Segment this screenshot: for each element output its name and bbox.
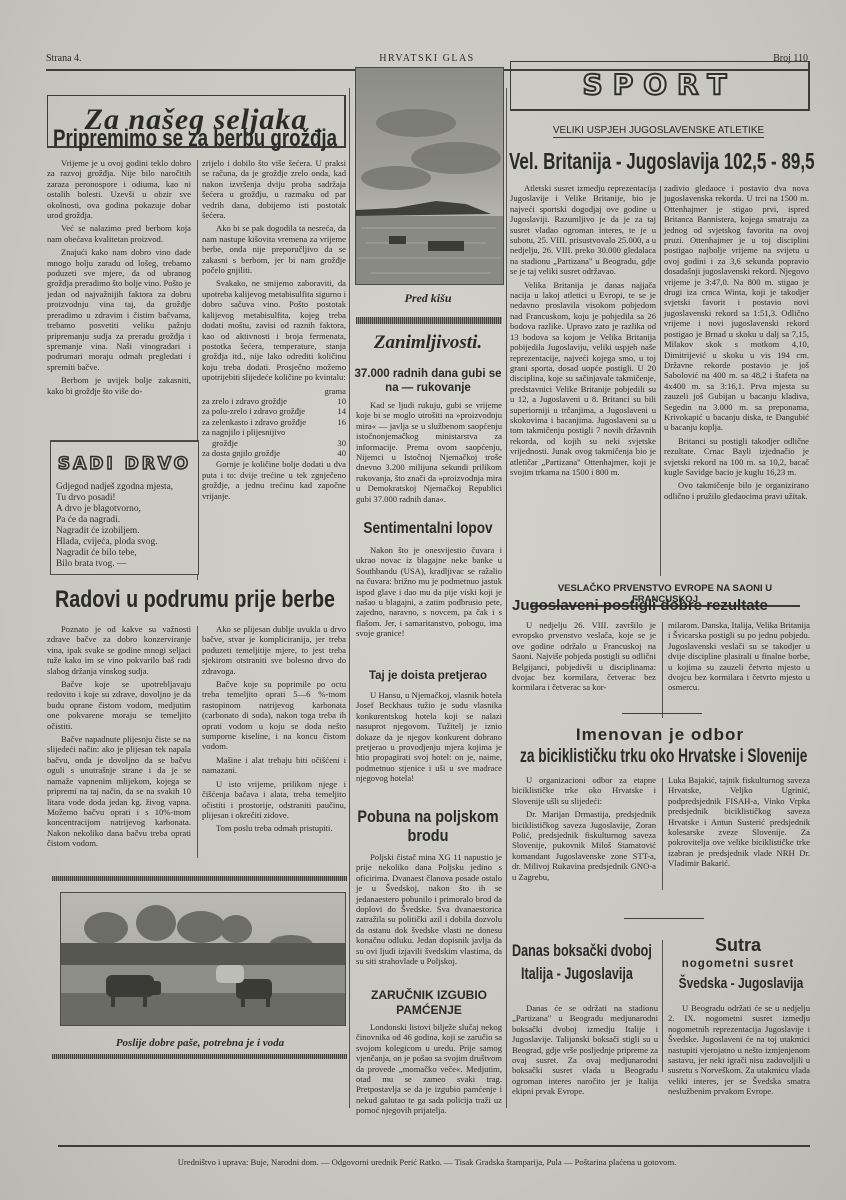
paragraph: Mašine i alat trebaju biti očišćeni i na… <box>202 755 346 776</box>
table-cell: 40 <box>337 448 346 458</box>
paragraph: Londonski listovi bilježe slučaj nekog č… <box>356 1022 502 1116</box>
paragraph: Znajući kako nam dobro vino dade mnogo b… <box>47 247 191 372</box>
poem-line: Gdjegod nadješ zgodna mjesta, <box>56 482 198 493</box>
poem-box: SADI DRVO Gdjegod nadješ zgodna mjesta, … <box>50 440 199 575</box>
paragraph: Svakako, ne smijemo zaboraviti, da upotr… <box>202 278 346 382</box>
headline-cycling-2: za biciklističku trku oko Hrvatske i Slo… <box>520 744 736 770</box>
imprint: Uredništvo i uprava: Buje, Narodni dom. … <box>46 1157 808 1167</box>
table-cell: za zrelo i zdravo grožđje <box>202 396 287 406</box>
table-row: za zelenkasto i zdravo grožđje16 <box>202 417 346 427</box>
photo-caption: Pred kišu <box>352 291 504 306</box>
article-column: Ako se plijesan dublje uvukla u drvo bač… <box>202 624 346 834</box>
decorative-rule <box>52 1054 347 1059</box>
paragraph: U Beogradu održati će se u nedjelju 2. I… <box>668 1003 810 1097</box>
paragraph: Ovo takmičenje bilo je organizirano odli… <box>664 480 809 501</box>
paragraph: U Hansu, u Njemačkoj, vlasnik hotela Jos… <box>356 690 502 784</box>
paragraph: Ako se plijesan dublje uvukla u drvo bač… <box>202 624 346 676</box>
article-column: U organizacioni odbor za etapne biciklis… <box>512 775 656 882</box>
article-column: Vrijeme je u ovoj godini teklo dobro za … <box>47 158 191 396</box>
table-cell: 10 <box>337 396 346 406</box>
news-headline: Sentimentalni lopov <box>352 519 504 539</box>
table-row: za polu-zrelo i zdravo grožđje14 <box>202 406 346 416</box>
dosage-unit: grama <box>202 386 346 396</box>
article-column: Luka Bajakić, tajnik fiskulturnog saveza… <box>668 775 810 869</box>
sea-photo-image <box>356 68 503 284</box>
headline-polish-ship-mutiny: Pobuna na poljskom brodu <box>352 807 503 845</box>
paragraph: U nedjelju 26. VIII. završilo je evropsk… <box>512 620 656 693</box>
poem-line: Tu drvo posadi! <box>56 493 198 504</box>
news-item: Londonski listovi bilježe slučaj nekog č… <box>356 1022 502 1116</box>
headline-cellar-work: Radovi u podrumu prije berbe <box>47 583 342 617</box>
paragraph: Luka Bajakić, tajnik fiskulturnog saveza… <box>668 775 810 869</box>
table-cell: 14 <box>337 406 346 416</box>
headline-football-1: Sutra <box>666 935 810 956</box>
paragraph: zrijelo i dobilo što više šećera. U prak… <box>202 158 346 220</box>
table-cell: za polu-zrelo i zdravo grožđje <box>202 406 305 416</box>
poem-line: Pa će da nagradi. <box>56 515 198 526</box>
news-item: Nakon što je onesvijestio čuvara i ukrao… <box>356 545 502 639</box>
paragraph: Dr. Marijan Drmastija, predsjednik bicik… <box>512 809 656 882</box>
table-cell: za nagnjilo i plijesnijivo <box>202 427 285 437</box>
paragraph: Nakon što je onesvijestio čuvara i ukrao… <box>356 545 502 639</box>
poem-line: Nagradit će bilo tebe, <box>56 548 198 559</box>
newspaper-page: Strana 4. HRVATSKI GLAS Broj 110 Za naše… <box>0 0 846 1200</box>
table-row: grožđje30 <box>202 438 346 448</box>
paragraph: Britanci su postigli takodjer odlične re… <box>664 436 809 478</box>
article-column: Danas će se održati na stadionu „Partiza… <box>512 1003 658 1097</box>
column-divider <box>662 940 663 1072</box>
poem-line: A drvo je blagotvorno, <box>56 504 198 515</box>
footer-rule <box>58 1145 810 1147</box>
article-headline: Vel. Britanija - Jugoslavija 102,5 - 89,… <box>509 146 809 176</box>
table-cell: za zelenkasto i zdravo grožđje <box>202 417 306 427</box>
table-cell: za dosta gnjilo grožđje <box>202 448 280 458</box>
news-headline: Pobuna na poljskom brodu <box>352 807 504 845</box>
separator <box>624 918 704 919</box>
article-column: Atletski susret izmedju reprezentacija J… <box>510 183 656 477</box>
column-divider <box>506 88 507 1108</box>
paragraph: Berbom je uvijek bolje zakasniti, kako b… <box>47 375 191 396</box>
paragraph: Kad se ljudi rukuju, gubi se vrijeme koj… <box>356 400 502 504</box>
paragraph: Poznato je od kakve su važnosti zdrave b… <box>47 624 191 676</box>
news-headline: Taj je doista pretjerao <box>352 670 504 682</box>
article-column: zrijelo i dobilo što više šećera. U prak… <box>202 158 346 501</box>
poem-text: Gdjegod nadješ zgodna mjesta, Tu drvo po… <box>56 482 198 570</box>
headline-grapes-harvest: Pripremimo se za berbu grožđja <box>47 122 343 156</box>
headline-sentimental-thief: Sentimentalni lopov <box>352 519 503 539</box>
headline-football-3-wrap: Švedska - Jugoslavija <box>664 973 810 995</box>
paragraph: Poljski čistač mina XG 11 napustio je pr… <box>356 852 502 966</box>
cows-photo-image <box>61 893 345 1025</box>
table-row: za zrelo i zdravo grožđje10 <box>202 396 346 406</box>
paragraph: U organizacioni odbor za etapne biciklis… <box>512 775 656 806</box>
column-divider <box>349 88 350 1108</box>
section-title-curiosities: Zanimljivosti. <box>352 332 504 354</box>
article-column: milarom. Danska, Italija, Velika Britani… <box>668 620 810 693</box>
headline-football-2: nogometni susret <box>666 958 810 970</box>
paragraph: Ako bi se pak dogodila ta nesreća, da na… <box>202 223 346 275</box>
section-banner-sport: SPORT <box>510 61 810 111</box>
table-cell: 16 <box>337 417 346 427</box>
dosage-table: za zrelo i zdravo grožđje10 za polu-zrel… <box>202 396 346 458</box>
news-item: U Hansu, u Njemačkoj, vlasnik hotela Jos… <box>356 690 502 784</box>
decorative-rule <box>356 317 502 324</box>
paragraph: Atletski susret izmedju reprezentacija J… <box>510 183 656 277</box>
paragraph: Danas će se održati na stadionu „Partiza… <box>512 1003 658 1097</box>
paragraph: U isto vrijeme, prilikom njege i čišćenj… <box>202 779 346 821</box>
paragraph: Bačve koje su poprimile po octu treba te… <box>202 679 346 752</box>
decorative-rule <box>52 876 347 881</box>
paragraph: Vrijeme je u ovoj godini teklo dobro za … <box>47 158 191 220</box>
photo-before-rain <box>355 67 504 285</box>
headline-cycling-2-wrap: za biciklističku trku oko Hrvatske i Slo… <box>520 744 820 770</box>
poem-line: Nagradit će izobiljem. <box>56 526 198 537</box>
table-row: za nagnjilo i plijesnijivo <box>202 427 346 437</box>
photo-caption: Poslije dobre paše, potrebna je i voda <box>52 1037 348 1049</box>
poem-line: Bilo brata tvog. — <box>56 559 198 570</box>
paragraph: Već se nalazimo pred berbom koja nam obe… <box>47 223 191 244</box>
column-divider <box>197 626 198 858</box>
headline-boxing-2: Italija - Jugoslavija <box>521 962 625 986</box>
paragraph: Bačve napadnute plijesnju čiste se na sl… <box>47 734 191 848</box>
paragraph: zadivio gledaoce i postavio dva nova jug… <box>664 183 809 433</box>
article-headline: Radovi u podrumu prije berbe <box>47 583 343 617</box>
table-cell: 30 <box>337 438 346 448</box>
paragraph: Gornje je količine bolje dodati u dva pu… <box>202 459 346 501</box>
headline-rowing: Jugoslaveni postigli dobre rezultate <box>512 597 812 614</box>
paragraph: milarom. Danska, Italija, Velika Britani… <box>668 620 810 693</box>
paragraph: Tom poslu treba odmah pristupiti. <box>202 823 346 833</box>
kicker: VELIKI USPJEH JUGOSLAVENSKE ATLETIKE <box>510 125 807 136</box>
column-divider <box>662 778 663 890</box>
news-headline: ZARUČNIK IZGUBIO PAMĆENJE <box>356 988 502 1018</box>
poem-title: SADI DRVO <box>51 454 198 474</box>
paragraph: Velika Britanija je danas najjača nacija… <box>510 280 656 478</box>
column-divider <box>660 186 661 576</box>
table-row: za dosta gnjilo grožđje40 <box>202 448 346 458</box>
headline-cycling-1: Imenovan je odbor <box>510 725 810 745</box>
article-headline: Pripremimo se za berbu grožđja <box>47 122 343 156</box>
news-item: Kad se ljudi rukuju, gubi se vrijeme koj… <box>356 400 502 504</box>
kicker-text: VELIKI USPJEH JUGOSLAVENSKE ATLETIKE <box>553 125 764 138</box>
article-column: Poznato je od kakve su važnosti zdrave b… <box>47 624 191 849</box>
paragraph: Bačve koje se upotrebljavaju redovito i … <box>47 679 191 731</box>
article-column: U nedjelju 26. VIII. završilo je evropsk… <box>512 620 656 693</box>
headline-boxing-1: Danas boksački dvoboj <box>512 940 623 962</box>
headline-boxing: Danas boksački dvoboj Italija - Jugoslav… <box>512 940 662 986</box>
poem-line: Hlada, cvijeća, ploda svog. <box>56 537 198 548</box>
separator <box>622 713 702 714</box>
table-cell: grožđje <box>212 438 238 448</box>
article-column: U Beogradu održati će se u nedjelju 2. I… <box>668 1003 810 1097</box>
section-banner-title: SPORT <box>511 62 808 107</box>
photo-cows-grazing <box>60 892 346 1026</box>
headline-athletics-score: Vel. Britanija - Jugoslavija 102,5 - 89,… <box>509 146 731 176</box>
news-item: Poljski čistač mina XG 11 napustio je pr… <box>356 852 502 966</box>
column-divider <box>662 622 663 718</box>
headline-football-3: Švedska - Jugoslavija <box>679 973 796 995</box>
article-column: zadivio gledaoce i postavio dva nova jug… <box>664 183 809 501</box>
news-headline: 37.000 radnih dana gubi se na — rukovanj… <box>352 367 504 395</box>
